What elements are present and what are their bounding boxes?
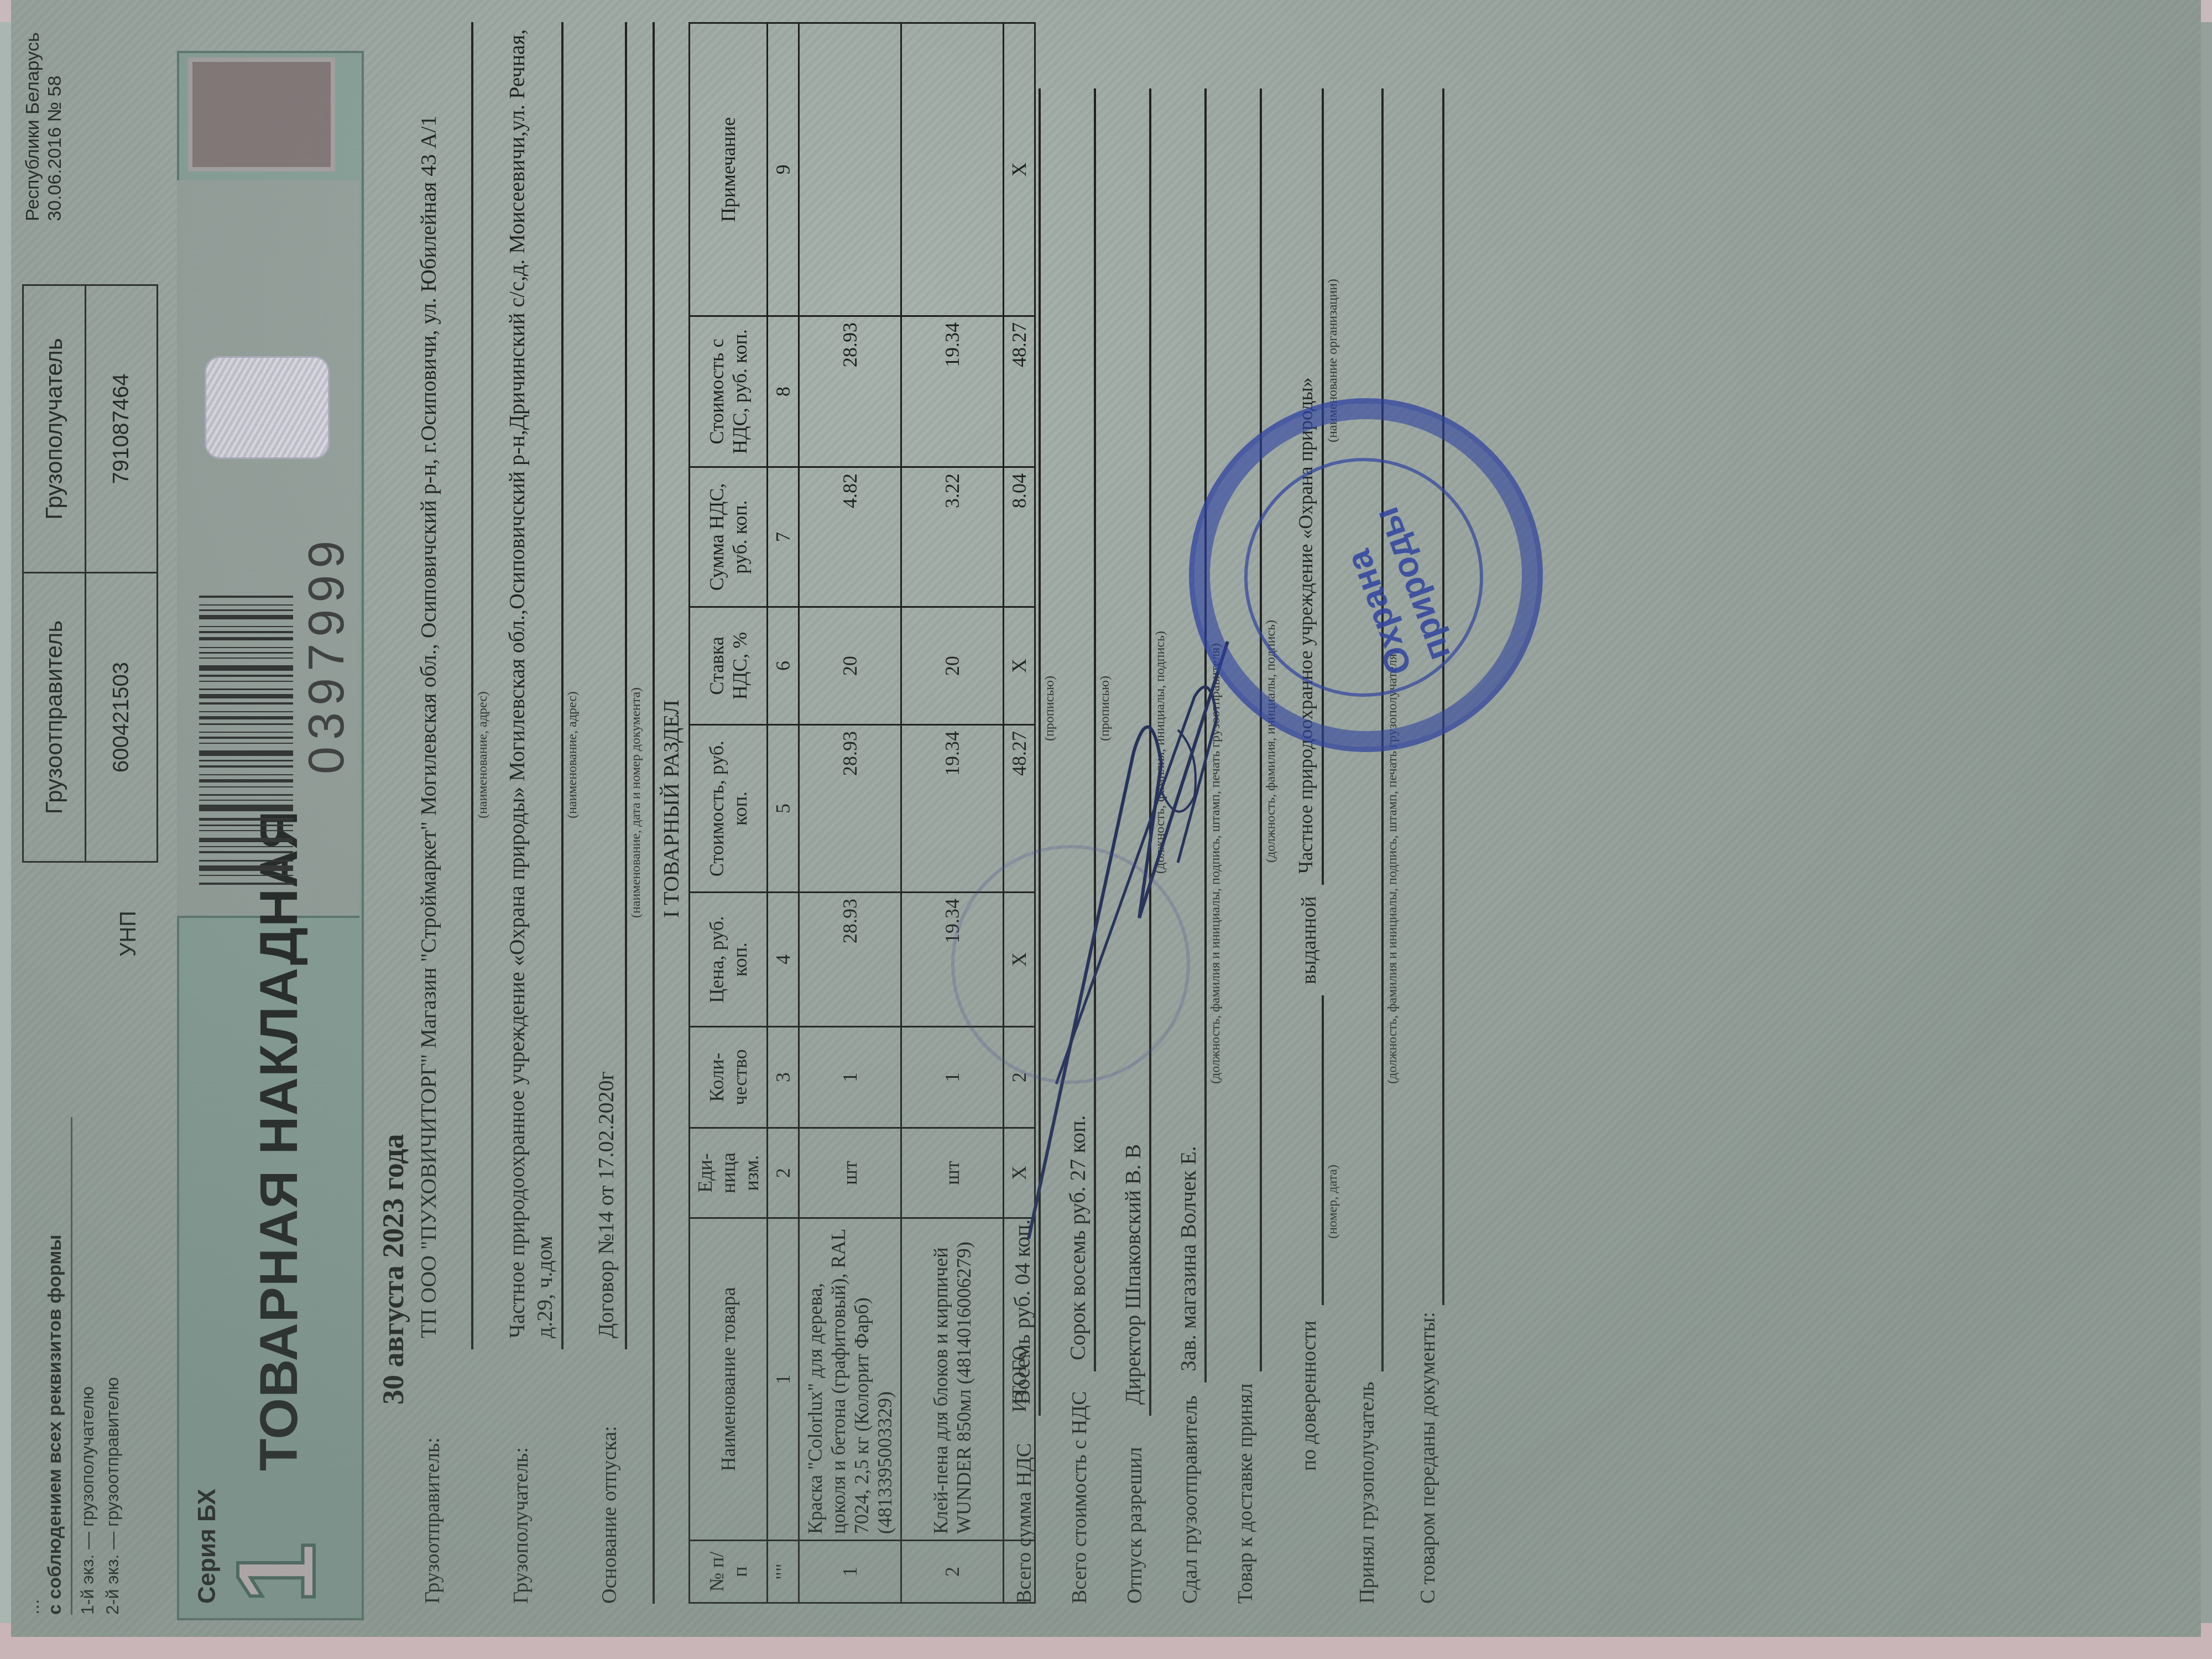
cell-cost: 28.93 — [799, 725, 901, 893]
form-header-line1: с соблюдением всех реквизитов формы — [44, 1235, 66, 1615]
cell-n: 2 — [901, 1541, 1004, 1603]
faint-stamp-icon — [951, 845, 1190, 1084]
cell-name: Краска "Colorlux" для дерева, цоколя и б… — [799, 1218, 901, 1541]
document-date: 30 августа 2023 года — [376, 1134, 410, 1405]
security-patch-icon — [188, 58, 335, 171]
unp-label: УНП — [116, 911, 141, 957]
vat-total-label: Всего сумма НДС — [1012, 1443, 1036, 1604]
col-header-price: Цена, руб. коп. — [690, 893, 768, 1027]
colnum: 9 — [768, 23, 799, 316]
unp-receiver-header: Грузополучатель — [24, 286, 86, 572]
poa-underline — [1322, 995, 1324, 1305]
document-title: ТОВАРНАЯ НАКЛАДНАЯ — [249, 810, 310, 1471]
sender-unp: 600421503 — [86, 572, 156, 861]
colnum: 8 — [768, 316, 799, 467]
sender-value: ТП ООО "ПУХОВИЧИТОРГ" Магазин "Строймарк… — [415, 22, 442, 1338]
hologram-sticker-icon — [205, 356, 330, 459]
colnum: 1 — [768, 1218, 799, 1541]
col-header-unit: Еди-ница изм. — [690, 1128, 768, 1218]
cell-vat-rate: 20 — [901, 607, 1004, 725]
barcode — [199, 387, 293, 885]
cell-note — [901, 23, 1004, 316]
received-label: Принял грузополучатель — [1355, 1382, 1379, 1604]
cell-unit: шт — [799, 1128, 901, 1218]
cell-cost: 19.34 — [901, 725, 1004, 893]
form-header-line0: ... — [22, 1599, 44, 1615]
grand-total-label: Всего стоимость с НДС — [1067, 1391, 1092, 1604]
col-header-cost: Стоимость, руб. коп. — [690, 725, 768, 893]
basis-label: Основание отпуска: — [597, 1426, 622, 1604]
goods-table: № п/п Наименование товара Еди-ница изм. … — [688, 22, 1036, 1604]
colnum: "" — [768, 1541, 799, 1603]
table-row: 1Краска "Colorlux" для дерева, цоколя и … — [799, 23, 901, 1603]
accepted-delivery-label: Товар к доставке принял — [1233, 1384, 1258, 1604]
cell-vat-sum: 3.22 — [901, 467, 1004, 607]
docs-label: С товаром переданы документы: — [1416, 1312, 1440, 1604]
goods-section-top-line — [653, 22, 655, 1604]
cell-unit: шт — [901, 1128, 1004, 1218]
receiver-underline — [561, 22, 564, 1349]
colnum: 4 — [768, 893, 799, 1027]
handed-label: Сдал грузоотправитель — [1178, 1395, 1202, 1604]
cell-price: 28.93 — [799, 893, 901, 1027]
col-header-name: Наименование товара — [690, 1218, 768, 1541]
colnum: 5 — [768, 725, 799, 893]
receiver-unp: 791087464 — [86, 286, 156, 572]
cell-total: 19.34 — [901, 316, 1004, 467]
cell-note — [799, 23, 901, 316]
sender-caption: (наименование, адрес) — [476, 691, 491, 818]
basis-value: Договор №14 от 17.02.2020г — [593, 1071, 619, 1338]
document-number: 0397999 — [299, 534, 356, 774]
sender-underline — [471, 22, 473, 1349]
divider — [71, 1117, 72, 1615]
approval-line2: 30.06.2016 № 58 — [44, 76, 66, 221]
goods-section-title: I ТОВАРНЫЙ РАЗДЕЛ — [658, 700, 684, 918]
table-row: 2Клей-пена для блоков и кирпичей WUNDER … — [901, 23, 1004, 1603]
goods-table-colnums: "" 1 2 3 4 5 6 7 8 9 — [768, 23, 799, 1603]
copy-number: 1 — [221, 1542, 332, 1604]
receiver-label: Грузополучатель: — [509, 1447, 533, 1604]
col-header-number: № п/п — [690, 1541, 768, 1603]
receiver-value: Частное природоохранное учреждение «Охра… — [503, 22, 559, 1338]
cell-vat-sum: 4.82 — [799, 467, 901, 607]
approval-line1: Республики Беларусь — [22, 32, 44, 221]
col-header-vat-rate: Ставка НДС, % — [690, 607, 768, 725]
poa-caption: (номер, дата) — [1326, 1165, 1340, 1239]
col-header-note: Примечание — [690, 23, 768, 316]
colnum: 6 — [768, 607, 799, 725]
sender-label: Грузоотправитель: — [420, 1437, 445, 1604]
unp-table: Грузоотправитель Грузополучатель 6004215… — [22, 284, 158, 863]
basis-underline — [625, 22, 627, 1349]
col-header-total: Стоимость с НДС, руб. коп. — [690, 316, 768, 467]
accepted-delivery-underline — [1260, 88, 1262, 1371]
colnum: 7 — [768, 467, 799, 607]
total-cell-note: X — [1004, 23, 1035, 316]
cell-name: Клей-пена для блоков и кирпичей WUNDER 8… — [901, 1218, 1004, 1541]
colnum: 3 — [768, 1027, 799, 1128]
copy1-note: 1-й экз. — грузополучателю — [77, 1386, 98, 1615]
poa-label: по доверенности — [1297, 1321, 1321, 1471]
cell-total: 28.93 — [799, 316, 901, 467]
waybill-document: ... с соблюдением всех реквизитов формы … — [11, 0, 2201, 1637]
poa-issued-label: выданной — [1297, 896, 1321, 984]
basis-caption: (наименование, дата и номер документа) — [629, 687, 644, 918]
organization-stamp-icon: Охрана природы — [1189, 398, 1543, 752]
col-header-qty: Коли-чество — [690, 1027, 768, 1128]
cell-n: 1 — [799, 1541, 901, 1603]
released-label: Отпуск разрешил — [1123, 1447, 1147, 1604]
col-header-vat-sum: Сумма НДС, руб. коп. — [690, 467, 768, 607]
colnum: 2 — [768, 1128, 799, 1218]
total-cell-total: 48.27 — [1004, 316, 1035, 467]
copy2-note: 2-й экз. — грузоотправителю — [102, 1377, 123, 1615]
cell-vat-rate: 20 — [799, 607, 901, 725]
cell-qty: 1 — [799, 1027, 901, 1128]
receiver-caption: (наименование, адрес) — [565, 691, 580, 818]
unp-sender-header: Грузоотправитель — [24, 572, 86, 861]
goods-table-header: № п/п Наименование товара Еди-ница изм. … — [690, 23, 768, 1603]
